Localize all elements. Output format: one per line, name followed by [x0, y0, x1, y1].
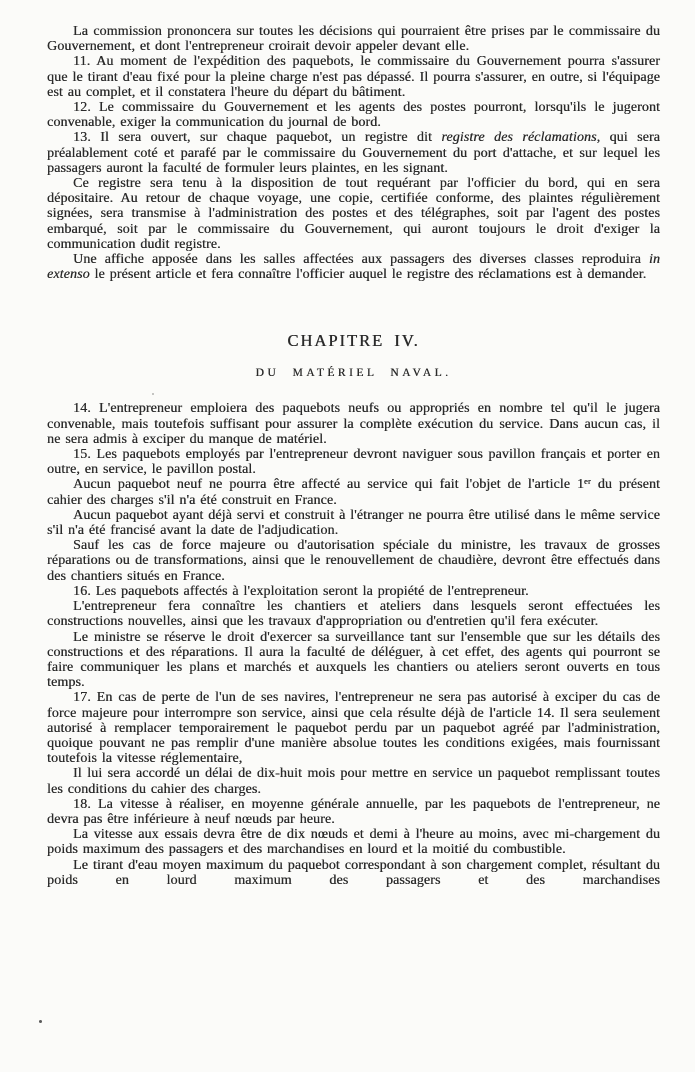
- chapter-subheading: DU MATÉRIEL NAVAL.: [47, 350, 660, 401]
- para-paquebot-neuf: Aucun paquebot neuf ne pourra être affec…: [47, 477, 660, 507]
- para-delai-dix-huit-mois: Il lui sera accordé un délai de dix-huit…: [47, 766, 660, 796]
- para-article-14: 14. L'entrepreneur emploiera des paquebo…: [47, 401, 660, 447]
- scan-speck: [152, 393, 154, 395]
- para-article-18: 18. La vitesse à réaliser, en moyenne gé…: [47, 797, 660, 827]
- scanned-document-page: La commission prononcera sur toutes les …: [0, 0, 695, 1072]
- para-tirant-eau-truncated: Le tirant d'eau moyen maximum du paquebo…: [47, 858, 660, 888]
- para-affiche: Une affiche apposée dans les salles affe…: [47, 252, 660, 282]
- para-article-13-lead: 13. Il sera ouvert, sur chaque paquebot,…: [73, 130, 441, 145]
- para-commission-decisions: La commission prononcera sur toutes les …: [47, 24, 660, 54]
- para-ministre-surveillance: Le ministre se réserve le droit d'exerce…: [47, 630, 660, 691]
- para-article-17: 17. En cas de perte de l'un de ses navir…: [47, 690, 660, 766]
- para-article-11: 11. Au moment de l'expédition des paqueb…: [47, 54, 660, 100]
- para-affiche-lead: Une affiche apposée dans les salles affe…: [73, 252, 649, 267]
- para-article-16: 16. Les paquebots affectés à l'exploitat…: [47, 584, 660, 599]
- chapter-heading: CHAPITRE IV.: [47, 282, 660, 350]
- para-paquebot-etranger: Aucun paquebot ayant déjà servi et const…: [47, 508, 660, 538]
- para-affiche-rest: le présent article et fera connaître l'o…: [90, 267, 647, 282]
- para-registre-disposition: Ce registre sera tenu à la disposition d…: [47, 176, 660, 252]
- para-chantiers-ateliers: L'entrepreneur fera connaître les chanti…: [47, 599, 660, 629]
- para-vitesse-essais: La vitesse aux essais devra être de dix …: [47, 827, 660, 857]
- para-force-majeure-chantiers: Sauf les cas de force majeure ou d'autor…: [47, 538, 660, 584]
- para-article-12: 12. Le commissaire du Gouvernement et le…: [47, 100, 660, 130]
- scan-speck: [39, 1020, 42, 1023]
- para-article-15: 15. Les paquebots employés par l'entrepr…: [47, 447, 660, 477]
- document-text-block: La commission prononcera sur toutes les …: [47, 24, 660, 888]
- para-article-13: 13. Il sera ouvert, sur chaque paquebot,…: [47, 130, 660, 176]
- registre-des-reclamations-italic: registre des réclamations: [441, 130, 596, 145]
